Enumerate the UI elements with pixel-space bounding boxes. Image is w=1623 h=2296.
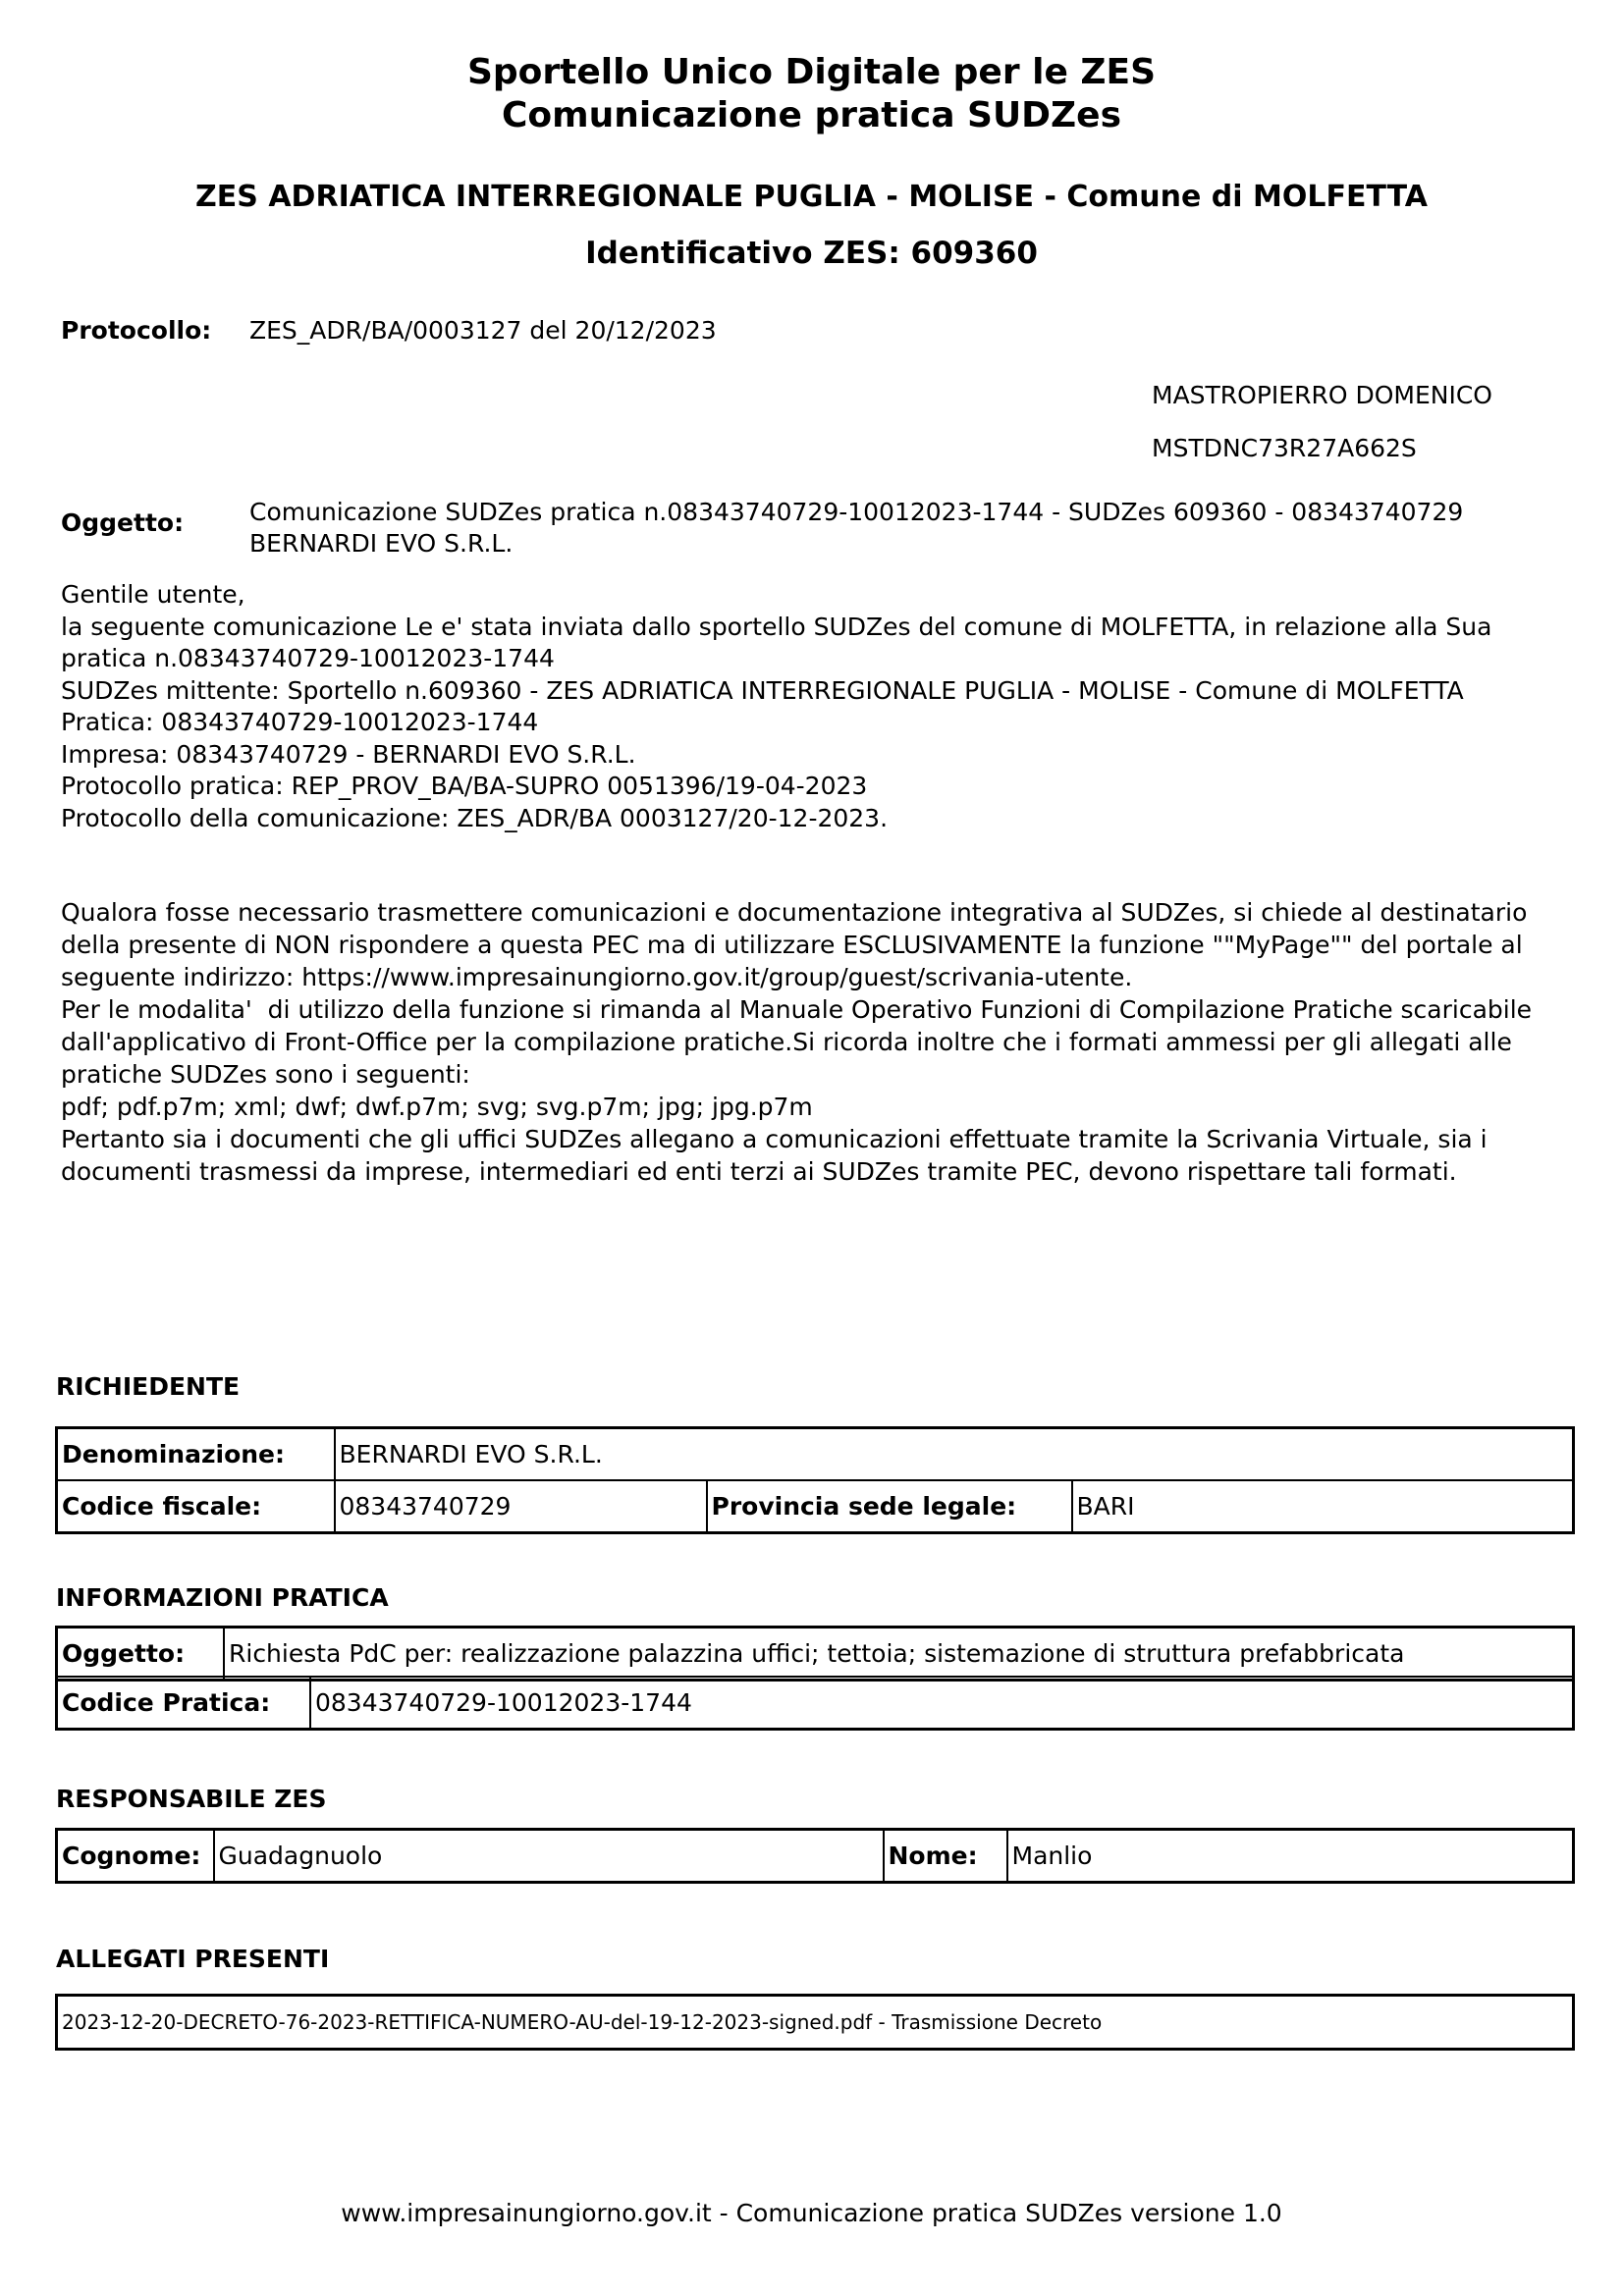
table-row: 2023-12-20-DECRETO-76-2023-RETTIFICA-NUM… — [57, 1996, 1574, 2050]
oggetto-label: Oggetto: — [61, 508, 184, 537]
document-title: Sportello Unico Digitale per le ZES — [0, 52, 1623, 93]
table-row: Codice fiscale: 08343740729 Provincia se… — [57, 1480, 1574, 1533]
recipient-name: MASTROPIERRO DOMENICO — [1152, 381, 1492, 409]
section-title-richiedente: RICHIEDENTE — [56, 1372, 240, 1401]
allegati-table: 2023-12-20-DECRETO-76-2023-RETTIFICA-NUM… — [55, 1994, 1575, 2051]
table-row: Denominazione: BERNARDI EVO S.R.L. — [57, 1428, 1574, 1481]
denominazione-value: BERNARDI EVO S.R.L. — [335, 1428, 1574, 1481]
informazioni-pratica-table: Oggetto: Richiesta PdC per: realizzazion… — [55, 1626, 1575, 1682]
cognome-label: Cognome: — [57, 1830, 214, 1883]
section-title-responsabile: RESPONSABILE ZES — [56, 1785, 326, 1813]
codice-pratica-table: Codice Pratica: 08343740729-10012023-174… — [55, 1676, 1575, 1731]
codice-pratica-label: Codice Pratica: — [57, 1677, 311, 1730]
richiedente-table: Denominazione: BERNARDI EVO S.R.L. Codic… — [55, 1426, 1575, 1534]
codice-pratica-value: 08343740729-10012023-1744 — [310, 1677, 1574, 1730]
message-body-instructions: Qualora fosse necessario trasmettere com… — [61, 896, 1593, 1188]
table-row: Oggetto: Richiesta PdC per: realizzazion… — [57, 1628, 1574, 1681]
table-row: Codice Pratica: 08343740729-10012023-174… — [57, 1677, 1574, 1730]
page-footer: www.impresainungiorno.gov.it - Comunicaz… — [0, 2199, 1623, 2227]
table-row: Cognome: Guadagnuolo Nome: Manlio — [57, 1830, 1574, 1883]
protocollo-label: Protocollo: — [61, 316, 211, 345]
oggetto-value: Comunicazione SUDZes pratica n.083437407… — [249, 497, 1526, 560]
nome-value: Manlio — [1007, 1830, 1574, 1883]
section-title-allegati: ALLEGATI PRESENTI — [56, 1945, 329, 1973]
oggetto-pratica-value: Richiesta PdC per: realizzazione palazzi… — [224, 1628, 1574, 1681]
cognome-value: Guadagnuolo — [214, 1830, 884, 1883]
codice-fiscale-value: 08343740729 — [335, 1480, 707, 1533]
responsabile-table: Cognome: Guadagnuolo Nome: Manlio — [55, 1828, 1575, 1884]
denominazione-label: Denominazione: — [57, 1428, 335, 1481]
message-body-intro: Gentile utente, la seguente comunicazion… — [61, 579, 1573, 834]
provincia-label: Provincia sede legale: — [707, 1480, 1072, 1533]
oggetto-pratica-label: Oggetto: — [57, 1628, 225, 1681]
provincia-value: BARI — [1072, 1480, 1574, 1533]
nome-label: Nome: — [884, 1830, 1007, 1883]
ente-heading: ZES ADRIATICA INTERREGIONALE PUGLIA - MO… — [0, 180, 1623, 215]
codice-fiscale-label: Codice fiscale: — [57, 1480, 335, 1533]
document-subtitle: Comunicazione pratica SUDZes — [0, 95, 1623, 136]
attachment-item: 2023-12-20-DECRETO-76-2023-RETTIFICA-NUM… — [57, 1996, 1574, 2050]
protocollo-value: ZES_ADR/BA/0003127 del 20/12/2023 — [249, 316, 717, 345]
identificativo-zes: Identificativo ZES: 609360 — [0, 236, 1623, 271]
section-title-informazioni-pratica: INFORMAZIONI PRATICA — [56, 1583, 389, 1612]
recipient-tax-code: MSTDNC73R27A662S — [1152, 434, 1417, 462]
